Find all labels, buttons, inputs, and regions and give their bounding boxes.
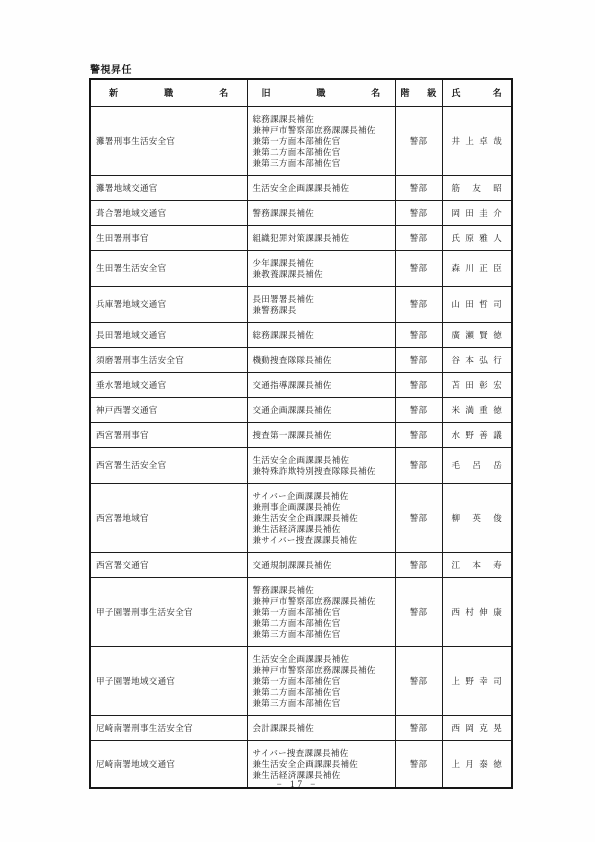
table-row: 西宮署刑事官捜査第一課課長補佐警部水野善議: [90, 423, 512, 448]
old-position-line: 兼第一方面本部補佐官: [253, 676, 392, 687]
old-position-cell: 警務課課長補佐: [247, 201, 395, 226]
table-row: 兵庫署地域交通官長田署署長補佐兼警務課長警部山田哲司: [90, 287, 512, 323]
old-position-line: 長田署署長補佐: [253, 294, 392, 305]
new-position-cell: 生田署生活安全官: [90, 251, 247, 287]
name-cell: 筋友昭: [442, 176, 512, 201]
old-position-cell: 交通規制課課長補佐: [247, 553, 395, 578]
old-position-line: 生活安全企画課課長補佐: [253, 455, 392, 466]
table-row: 甲子園署刑事生活安全官警務課課長補佐兼神戸市警察部庶務課課長補佐兼第一方面本部補…: [90, 578, 512, 647]
old-position-line: 警務課課長補佐: [253, 585, 392, 596]
table-row: 須磨署刑事生活安全官機動捜査隊隊長補佐警部谷本弘行: [90, 348, 512, 373]
table-row: 神戸西署交通官交通企画課課長補佐警部米満重徳: [90, 398, 512, 423]
name-cell: 西岡克晃: [442, 716, 512, 741]
rank-cell: 警部: [395, 647, 442, 716]
page-number: − 17 −: [0, 779, 595, 789]
old-position-line: 兼第三方面本部補佐官: [253, 698, 392, 709]
header-new-position: 新職名: [90, 79, 247, 107]
old-position-cell: 生活安全企画課課長補佐兼神戸市警察部庶務課課長補佐兼第一方面本部補佐官兼第二方面…: [247, 647, 395, 716]
old-position-line: 兼特殊詐欺特別捜査隊隊長補佐: [253, 466, 392, 477]
old-position-line: 生活安全企画課課長補佐: [253, 654, 392, 665]
old-position-line: 生活安全企画課課長補佐: [253, 183, 392, 194]
old-position-line: 交通指導課課長補佐: [253, 380, 392, 391]
rank-cell: 警部: [395, 578, 442, 647]
old-position-line: 兼第二方面本部補佐官: [253, 687, 392, 698]
old-position-line: サイバー捜査課課長補佐: [253, 748, 392, 759]
name-cell: 上野幸司: [442, 647, 512, 716]
old-position-cell: 警務課課長補佐兼神戸市警察部庶務課課長補佐兼第一方面本部補佐官兼第二方面本部補佐…: [247, 578, 395, 647]
name-cell: 米満重徳: [442, 398, 512, 423]
old-position-line: 兼神戸市警察部庶務課課長補佐: [253, 665, 392, 676]
rank-cell: 警部: [395, 716, 442, 741]
name-cell: 氏原雅人: [442, 226, 512, 251]
personnel-table: 新職名 旧職名 階級 氏名 灘署刑事生活安全官総務課課長補佐兼神戸市警察部庶務課…: [89, 78, 513, 789]
header-name: 氏名: [442, 79, 512, 107]
old-position-line: 兼生活経済課課長補佐: [253, 524, 392, 535]
old-position-line: 兼神戸市警察部庶務課課長補佐: [253, 125, 392, 136]
new-position-cell: 須磨署刑事生活安全官: [90, 348, 247, 373]
old-position-cell: 長田署署長補佐兼警務課長: [247, 287, 395, 323]
rank-cell: 警部: [395, 553, 442, 578]
rank-cell: 警部: [395, 226, 442, 251]
name-cell: 毛呂岳: [442, 448, 512, 484]
table-row: 垂水署地域交通官交通指導課課長補佐警部苫田彰宏: [90, 373, 512, 398]
name-cell: 廣瀬賢徳: [442, 323, 512, 348]
rank-cell: 警部: [395, 287, 442, 323]
old-position-line: 組織犯罪対策課課長補佐: [253, 233, 392, 244]
old-position-line: 兼第二方面本部補佐官: [253, 147, 392, 158]
table-header-row: 新職名 旧職名 階級 氏名: [90, 79, 512, 107]
table-row: 西宮署地域官サイバー企画課課長補佐兼刑事企画課課長補佐兼生活安全企画課課長補佐兼…: [90, 484, 512, 553]
table-row: 甲子園署地域交通官生活安全企画課課長補佐兼神戸市警察部庶務課課長補佐兼第一方面本…: [90, 647, 512, 716]
new-position-cell: 西宮署地域官: [90, 484, 247, 553]
new-position-cell: 神戸西署交通官: [90, 398, 247, 423]
name-cell: 井上卓哉: [442, 107, 512, 176]
name-cell: 江本寿: [442, 553, 512, 578]
old-position-cell: 捜査第一課課長補佐: [247, 423, 395, 448]
name-cell: 谷本弘行: [442, 348, 512, 373]
old-position-line: 交通規制課課長補佐: [253, 560, 392, 571]
name-cell: 山田哲司: [442, 287, 512, 323]
old-position-cell: サイバー企画課課長補佐兼刑事企画課課長補佐兼生活安全企画課課長補佐兼生活経済課課…: [247, 484, 395, 553]
old-position-cell: 総務課課長補佐兼神戸市警察部庶務課課長補佐兼第一方面本部補佐官兼第二方面本部補佐…: [247, 107, 395, 176]
rank-cell: 警部: [395, 323, 442, 348]
old-position-cell: 組織犯罪対策課課長補佐: [247, 226, 395, 251]
old-position-line: 兼教養課課長補佐: [253, 269, 392, 280]
old-position-line: 兼第一方面本部補佐官: [253, 136, 392, 147]
old-position-line: 兼神戸市警察部庶務課課長補佐: [253, 596, 392, 607]
old-position-line: 兼サイバー捜査課課長補佐: [253, 535, 392, 546]
page-title: 警視昇任: [90, 61, 132, 76]
old-position-cell: 交通指導課課長補佐: [247, 373, 395, 398]
table-row: 長田署地域交通官総務課課長補佐警部廣瀬賢徳: [90, 323, 512, 348]
table-body: 灘署刑事生活安全官総務課課長補佐兼神戸市警察部庶務課課長補佐兼第一方面本部補佐官…: [90, 107, 512, 789]
name-cell: 西村伸康: [442, 578, 512, 647]
name-cell: 岡田圭介: [442, 201, 512, 226]
header-rank: 階級: [395, 79, 442, 107]
table-row: 葺合署地域交通官警務課課長補佐警部岡田圭介: [90, 201, 512, 226]
table-row: 尼崎南署刑事生活安全官会計課課長補佐警部西岡克晃: [90, 716, 512, 741]
new-position-cell: 西宮署刑事官: [90, 423, 247, 448]
new-position-cell: 灘署刑事生活安全官: [90, 107, 247, 176]
new-position-cell: 甲子園署地域交通官: [90, 647, 247, 716]
table-row: 生田署刑事官組織犯罪対策課課長補佐警部氏原雅人: [90, 226, 512, 251]
table-row: 西宮署交通官交通規制課課長補佐警部江本寿: [90, 553, 512, 578]
old-position-line: 兼刑事企画課課長補佐: [253, 502, 392, 513]
old-position-line: サイバー企画課課長補佐: [253, 491, 392, 502]
new-position-cell: 甲子園署刑事生活安全官: [90, 578, 247, 647]
old-position-line: 会計課課長補佐: [253, 723, 392, 734]
name-cell: 森川正臣: [442, 251, 512, 287]
new-position-cell: 尼崎南署刑事生活安全官: [90, 716, 247, 741]
new-position-cell: 灘署地域交通官: [90, 176, 247, 201]
old-position-line: 総務課課長補佐: [253, 330, 392, 341]
document-page: 警視昇任 新職名 旧職名 階級 氏名 灘署刑事生活安全官総務課課長補佐兼神戸市警…: [0, 0, 595, 842]
new-position-cell: 西宮署交通官: [90, 553, 247, 578]
rank-cell: 警部: [395, 448, 442, 484]
old-position-cell: 機動捜査隊隊長補佐: [247, 348, 395, 373]
table-row: 生田署生活安全官少年課課長補佐兼教養課課長補佐警部森川正臣: [90, 251, 512, 287]
old-position-line: 兼第二方面本部補佐官: [253, 618, 392, 629]
rank-cell: 警部: [395, 373, 442, 398]
name-cell: 水野善議: [442, 423, 512, 448]
old-position-line: 兼第三方面本部補佐官: [253, 629, 392, 640]
old-position-line: 兼第三方面本部補佐官: [253, 158, 392, 169]
rank-cell: 警部: [395, 348, 442, 373]
old-position-cell: 交通企画課課長補佐: [247, 398, 395, 423]
header-old-position: 旧職名: [247, 79, 395, 107]
old-position-line: 機動捜査隊隊長補佐: [253, 355, 392, 366]
table-row: 灘署刑事生活安全官総務課課長補佐兼神戸市警察部庶務課課長補佐兼第一方面本部補佐官…: [90, 107, 512, 176]
rank-cell: 警部: [395, 423, 442, 448]
old-position-line: 総務課課長補佐: [253, 114, 392, 125]
new-position-cell: 生田署刑事官: [90, 226, 247, 251]
rank-cell: 警部: [395, 201, 442, 226]
new-position-cell: 兵庫署地域交通官: [90, 287, 247, 323]
old-position-line: 兼生活安全企画課課長補佐: [253, 513, 392, 524]
old-position-line: 兼生活安全企画課課長補佐: [253, 759, 392, 770]
old-position-cell: 生活安全企画課課長補佐: [247, 176, 395, 201]
old-position-line: 交通企画課課長補佐: [253, 405, 392, 416]
new-position-cell: 西宮署生活安全官: [90, 448, 247, 484]
rank-cell: 警部: [395, 251, 442, 287]
old-position-cell: 会計課課長補佐: [247, 716, 395, 741]
old-position-line: 少年課課長補佐: [253, 258, 392, 269]
old-position-cell: 生活安全企画課課長補佐兼特殊詐欺特別捜査隊隊長補佐: [247, 448, 395, 484]
old-position-line: 兼警務課長: [253, 305, 392, 316]
name-cell: 苫田彰宏: [442, 373, 512, 398]
old-position-line: 兼第一方面本部補佐官: [253, 607, 392, 618]
old-position-line: 警務課課長補佐: [253, 208, 392, 219]
new-position-cell: 垂水署地域交通官: [90, 373, 247, 398]
old-position-cell: 総務課課長補佐: [247, 323, 395, 348]
rank-cell: 警部: [395, 398, 442, 423]
table-row: 西宮署生活安全官生活安全企画課課長補佐兼特殊詐欺特別捜査隊隊長補佐警部毛呂岳: [90, 448, 512, 484]
name-cell: 柳英俊: [442, 484, 512, 553]
rank-cell: 警部: [395, 176, 442, 201]
old-position-line: 捜査第一課課長補佐: [253, 430, 392, 441]
new-position-cell: 葺合署地域交通官: [90, 201, 247, 226]
rank-cell: 警部: [395, 107, 442, 176]
new-position-cell: 長田署地域交通官: [90, 323, 247, 348]
old-position-cell: 少年課課長補佐兼教養課課長補佐: [247, 251, 395, 287]
rank-cell: 警部: [395, 484, 442, 553]
table-row: 灘署地域交通官生活安全企画課課長補佐警部筋友昭: [90, 176, 512, 201]
